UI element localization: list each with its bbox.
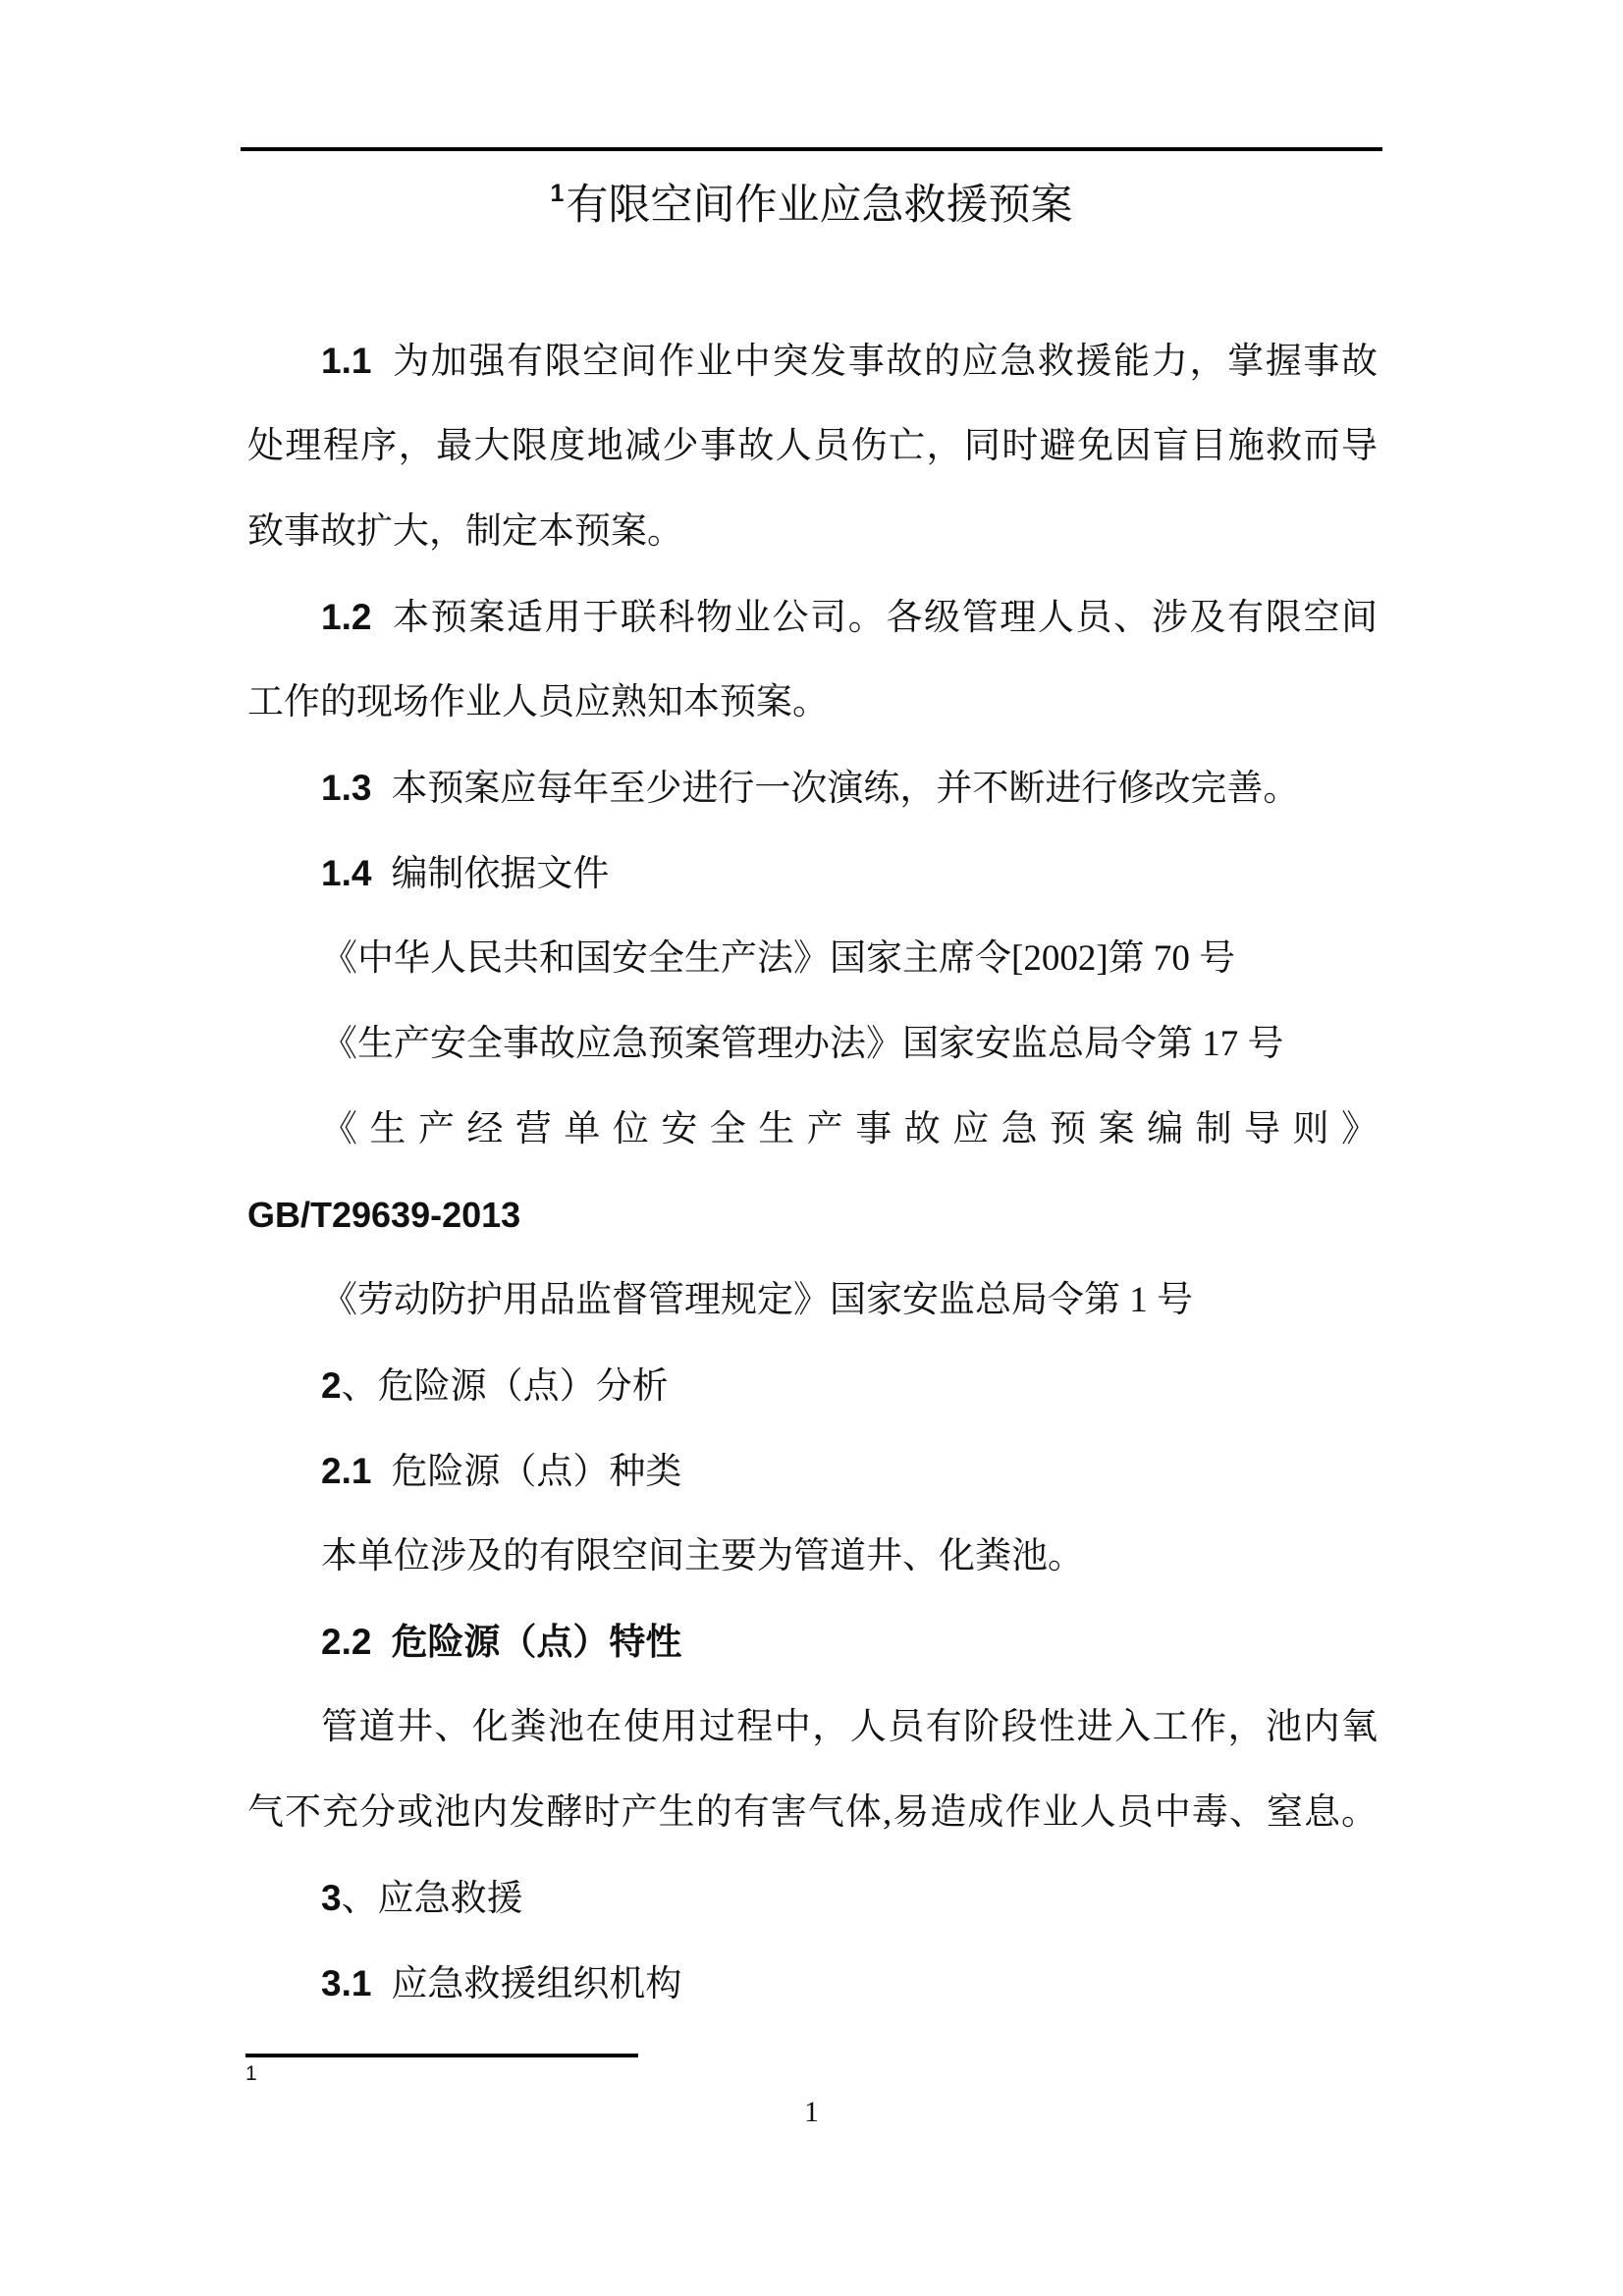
body-line: 《生产经营单位安全生产事故应急预案编制导则》 <box>247 1087 1378 1172</box>
body-line: 致事故扩大，制定本预案。 <box>247 489 1378 574</box>
footnote-marker: 1 <box>245 2059 257 2089</box>
body-line: 2.1危险源（点）种类 <box>247 1428 1378 1514</box>
line-number: 2.1 <box>321 1451 371 1491</box>
document-page: 1有限空间作业应急救援预案 1.1为加强有限空间作业中突发事故的应急救援能力，掌… <box>0 0 1623 2296</box>
document-body: 1.1为加强有限空间作业中突发事故的应急救援能力，掌握事故处理程序，最大限度地减… <box>247 318 1378 2026</box>
body-line: 《生产安全事故应急预案管理办法》国家安监总局令第 17 号 <box>247 1001 1378 1087</box>
body-line: 3.1应急救援组织机构 <box>247 1941 1378 2026</box>
body-line: 气不充分或池内发酵时产生的有害气体,易造成作业人员中毒、窒息。 <box>247 1770 1378 1855</box>
title-text: 有限空间作业应急救援预案 <box>566 183 1072 229</box>
footnote-rule <box>245 2054 638 2057</box>
body-line: 1.2本预案适用于联科物业公司。各级管理人员、涉及有限空间 <box>247 574 1378 660</box>
body-line: 处理程序，最大限度地减少事故人员伤亡，同时避免因盲目施救而导 <box>247 403 1378 489</box>
line-number: 3 <box>321 1878 342 1918</box>
document-title: 1有限空间作业应急救援预案 <box>0 154 1623 245</box>
line-number: 1.2 <box>321 597 371 637</box>
line-number: 2.2 <box>321 1622 371 1662</box>
body-line: 本单位涉及的有限空间主要为管道井、化粪池。 <box>247 1514 1378 1599</box>
line-number: 1.1 <box>321 341 371 381</box>
title-footnote-ref: 1 <box>551 180 565 207</box>
line-number: 1.3 <box>321 768 371 808</box>
line-number: 2 <box>321 1365 342 1406</box>
page-number: 1 <box>0 2095 1623 2130</box>
body-line: 1.1为加强有限空间作业中突发事故的应急救援能力，掌握事故 <box>247 318 1378 403</box>
body-line: 1.3本预案应每年至少进行一次演练，并不断进行修改完善。 <box>247 745 1378 830</box>
body-line: 2.2危险源（点）特性 <box>247 1599 1378 1684</box>
line-number: 1.4 <box>321 853 371 893</box>
body-line: 工作的现场作业人员应熟知本预案。 <box>247 660 1378 745</box>
body-line: 2、危险源（点）分析 <box>247 1343 1378 1428</box>
body-line: 管道井、化粪池在使用过程中，人员有阶段性进入工作，池内氧 <box>247 1684 1378 1770</box>
body-line: 《中华人民共和国安全生产法》国家主席令[2002]第 70 号 <box>247 916 1378 1001</box>
body-line: 《劳动防护用品监督管理规定》国家安监总局令第 1 号 <box>247 1257 1378 1343</box>
line-number: 3.1 <box>321 1963 371 2003</box>
body-line: 3、应急救援 <box>247 1855 1378 1941</box>
body-line: GB/T29639-2013 <box>247 1172 1378 1257</box>
header-rule <box>241 147 1382 151</box>
body-line: 1.4编制依据文件 <box>247 830 1378 916</box>
